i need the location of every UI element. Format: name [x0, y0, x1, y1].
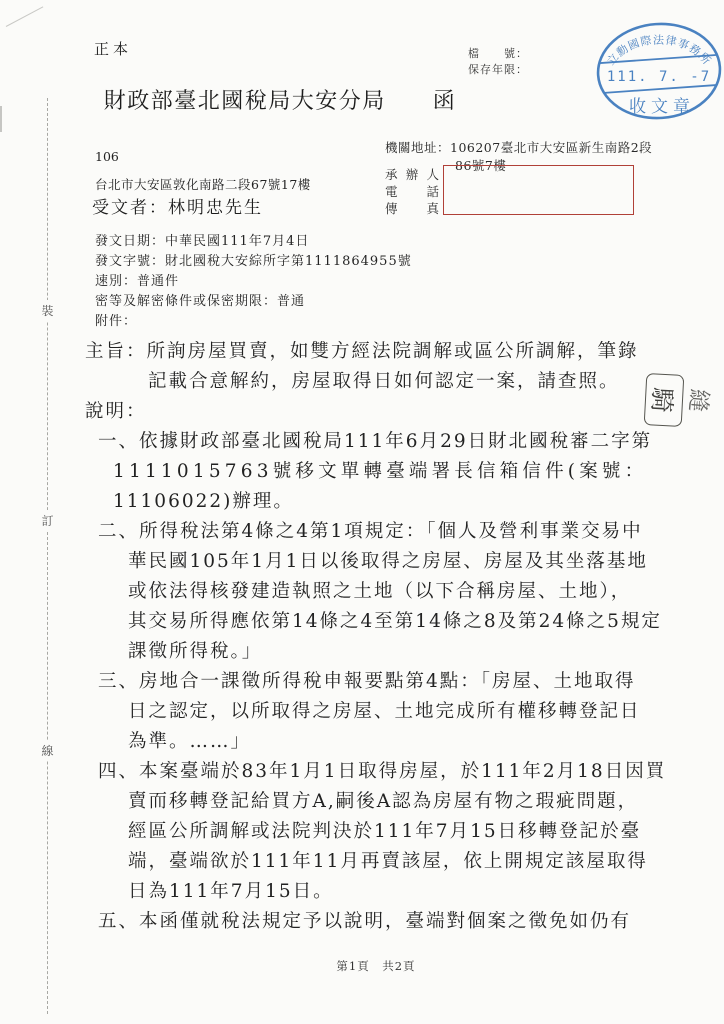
stamp-date: 111. 7. -7 — [607, 69, 711, 85]
item-4-line-1: 四、本案臺端於83年1月1日取得房屋，於111年2月18日因買 — [98, 757, 724, 787]
official-letter-page: 裝 訂 線 正本 檔 號： 保存年限： 財政部臺北國稅局大安分局 函 機關地址：… — [0, 0, 724, 1024]
recipient-address: 台北市大安區敦化南路二段67號17樓 — [95, 175, 311, 193]
item-1-line-3: 11106022)辦理。 — [113, 487, 724, 517]
item-2-line-4: 其交易所得應依第14條之4至第14條之8及第24條之5規定 — [128, 607, 724, 637]
speed-line: 速別：普通件 — [95, 272, 412, 292]
item-2-line-1: 二、所得稅法第4條之4第1項規定：「個人及營利事業交易中 — [98, 517, 724, 547]
item-3-line-1: 三、房地合一課徵所得稅申報要點第4點：「房屋、土地取得 — [98, 667, 724, 697]
item-2-line-3: 或依法得核發建造執照之土地（以下合稱房屋、土地）， — [128, 577, 724, 607]
subject-text-1: 所詢房屋買賣，如雙方經法院調解或區公所調解，筆錄 — [147, 341, 639, 362]
doc-date-line: 發文日期：中華民國111年7月4日 — [95, 232, 412, 252]
item-5-line-1: 五、本函僅就稅法規定予以說明，臺端對個案之徵免如仍有 — [98, 907, 724, 937]
contact-block: 承辦人 電話 傳真 — [385, 166, 439, 217]
contact-fax-row: 傳真 — [385, 200, 439, 217]
officer-label: 承辦人 — [385, 166, 439, 183]
file-number-label: 檔 號： — [468, 45, 528, 61]
item-4-line-3: 經區公所調解或法院判決於111年7月15日移轉登記於臺 — [128, 817, 724, 847]
receipt-stamp: 立勳國際法律事務所 111. 7. -7 收文章 — [594, 20, 724, 122]
document-meta: 發文日期：中華民國111年7月4日 發文字號：財北國稅大安綜所字第1111864… — [95, 232, 412, 332]
explanation-label: 說明： — [85, 397, 724, 427]
retention-period-label: 保存年限： — [468, 61, 528, 77]
document-title: 財政部臺北國稅局大安分局 函 — [0, 84, 560, 115]
scan-scratch-mark — [6, 6, 44, 27]
recipient-name-line: 受文者：林明忠先生 — [92, 193, 263, 218]
recipient-zip: 106 — [95, 149, 119, 164]
item-1-line-1: 一、依據財政部臺北國稅局111年6月29日財北國稅審二字第 — [98, 427, 724, 457]
redacted-contact-box — [443, 165, 634, 215]
copy-type-label: 正本 — [94, 38, 132, 59]
item-3-line-3: 為準。……」 — [128, 727, 724, 757]
fax-label: 傳真 — [385, 200, 439, 217]
item-3-line-2: 日之認定，以所取得之房屋、土地完成所有權移轉登記日 — [128, 697, 724, 727]
binding-char-zhuang: 裝 — [40, 300, 55, 321]
item-1-line-2: 1111015763號移文單轉臺端署長信箱信件(案號： — [113, 457, 724, 487]
attachment-line: 附件： — [95, 312, 412, 332]
subject-line-1: 主旨：所詢房屋買賣，如雙方經法院調解或區公所調解，筆錄 — [85, 337, 724, 367]
item-2-line-2: 華民國105年1月1日以後取得之房屋、房屋及其坐落基地 — [128, 547, 724, 577]
phone-label: 電話 — [385, 183, 439, 200]
agency-address-line1: 機關地址：106207臺北市大安區新生南路2段 — [385, 138, 652, 156]
contact-officer-row: 承辦人 — [385, 166, 439, 183]
contact-phone-row: 電話 — [385, 183, 439, 200]
subject-line-2: 記載合意解約，房屋取得日如何認定一案，請查照。 — [148, 367, 724, 397]
page-number: 第1頁 共2頁 — [0, 958, 724, 974]
security-line: 密等及解密條件或保密期限：普通 — [95, 292, 412, 312]
letter-body: 主旨：所詢房屋買賣，如雙方經法院調解或區公所調解，筆錄 記載合意解約，房屋取得日… — [0, 337, 724, 937]
item-2-line-5: 課徵所得稅。」 — [128, 637, 724, 667]
item-4-line-5: 日為111年7月15日。 — [128, 877, 724, 907]
item-4-line-4: 端，臺端欲於111年11月再賣該屋，依上開規定該屋取得 — [128, 847, 724, 877]
subject-label: 主旨： — [85, 341, 147, 362]
item-4-line-2: 賣而移轉登記給買方A,嗣後A認為房屋有物之瑕疵問題， — [128, 787, 724, 817]
doc-number-line: 發文字號：財北國稅大安綜所字第1111864955號 — [95, 252, 412, 272]
stamp-received-label: 收文章 — [629, 96, 695, 117]
